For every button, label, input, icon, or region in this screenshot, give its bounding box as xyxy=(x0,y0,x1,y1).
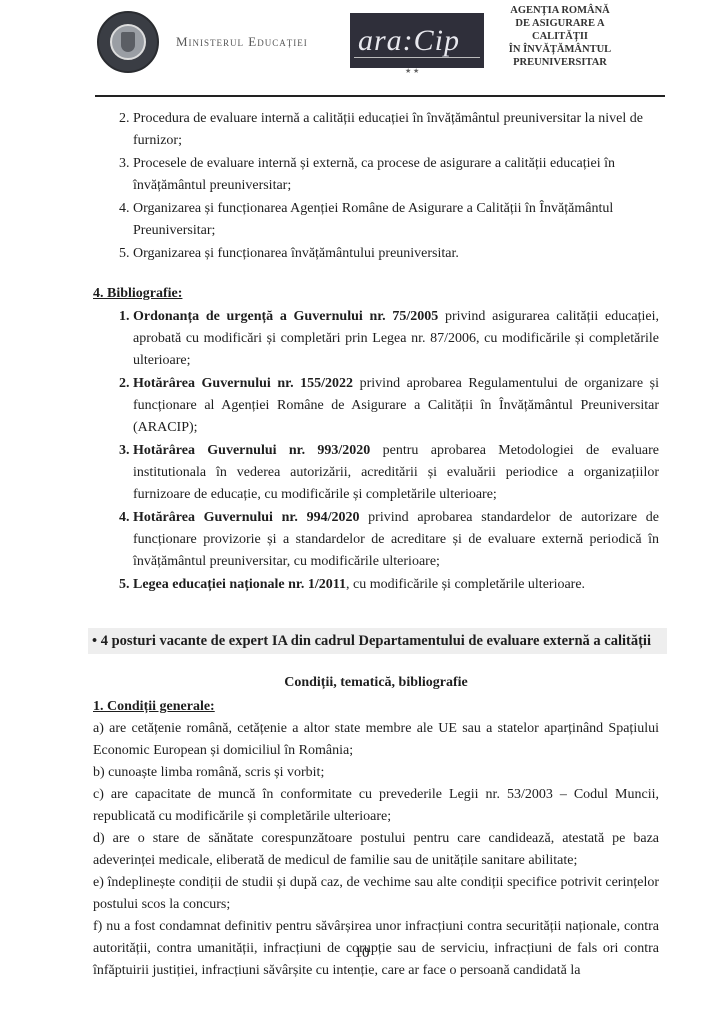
agency-name: AGENȚIA ROMÂNĂ DE ASIGURARE A CALITĂȚII … xyxy=(500,4,620,69)
conditions-heading: 1. Condiții generale: xyxy=(93,696,659,718)
header-divider xyxy=(95,95,665,97)
list-item: Organizarea și funcționarea Agenției Rom… xyxy=(133,198,659,242)
list-item: Procedura de evaluare internă a calități… xyxy=(133,108,659,152)
condition-item: c) are capacitate de muncă în conformita… xyxy=(93,784,659,828)
ministry-name: Ministerul Educației xyxy=(176,34,308,50)
condition-item: d) are o stare de sănătate corespunzătoa… xyxy=(93,828,659,872)
stars-icon: ★ ★ xyxy=(405,67,419,75)
list-item: Organizarea și funcționarea învățământul… xyxy=(133,243,659,265)
section-heading: Condiții, tematică, bibliografie xyxy=(93,672,659,694)
condition-item: e) îndeplinește condiții de studii și du… xyxy=(93,872,659,916)
aracip-logo-text: ara:Cip xyxy=(358,24,460,58)
list-item: Hotărârea Guvernului nr. 994/2020 privin… xyxy=(133,507,659,573)
aracip-logo: ara:Cip xyxy=(350,13,484,68)
condition-item: a) are cetățenie română, cetățenie a alt… xyxy=(93,718,659,762)
topics-list: Procedura de evaluare internă a calități… xyxy=(93,108,659,265)
list-item: Ordonanța de urgență a Guvernului nr. 75… xyxy=(133,306,659,372)
list-item: Procesele de evaluare internă și externă… xyxy=(133,153,659,197)
conditions-list: a) are cetățenie română, cetățenie a alt… xyxy=(93,718,659,982)
document-body: Procedura de evaluare internă a calități… xyxy=(93,108,659,982)
bibliography-list: Ordonanța de urgență a Guvernului nr. 75… xyxy=(93,306,659,596)
condition-item: b) cunoaște limba română, scris și vorbi… xyxy=(93,762,659,784)
list-item: Legea educației naționale nr. 1/2011, cu… xyxy=(133,574,659,596)
government-emblem-icon xyxy=(97,11,159,73)
vacancy-heading: • 4 posturi vacante de expert IA din cad… xyxy=(88,628,667,654)
list-item: Hotărârea Guvernului nr. 155/2022 privin… xyxy=(133,373,659,439)
page-number: 10 xyxy=(0,945,724,962)
list-item: Hotărârea Guvernului nr. 993/2020 pentru… xyxy=(133,440,659,506)
page-header: Ministerul Educației ara:Cip ★ ★ AGENȚIA… xyxy=(0,0,724,100)
bibliography-heading: 4. Bibliografie: xyxy=(93,283,659,305)
